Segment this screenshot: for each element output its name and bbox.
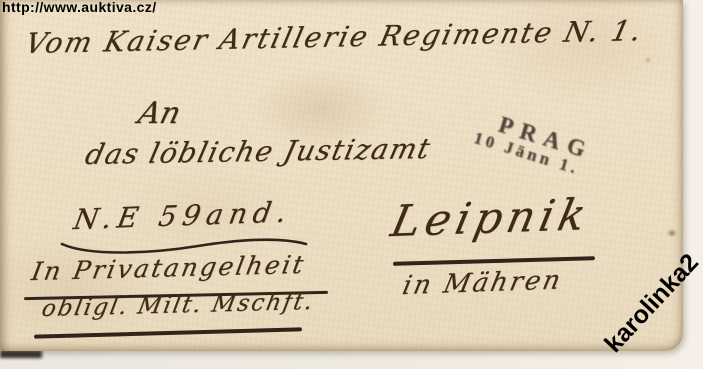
note-line-2-underline (34, 327, 302, 338)
paper-corner-shadow (0, 350, 42, 358)
destination-region: in Mähren (400, 265, 566, 301)
destination-town: Leipnik (387, 190, 595, 247)
reference-number: N.E 59and. (71, 195, 295, 236)
note-line-2: obligl. Milt. Mschft. (40, 289, 317, 322)
addressee-line: das löbliche Justizamt (82, 132, 434, 171)
postmark-stamp: PRAG 10 Jänn 1. (485, 111, 602, 183)
sender-line: Vom Kaiser Artillerie Regimente N. 1. (22, 14, 646, 60)
auction-url-watermark: http://www.auktiva.cz/ (2, 0, 157, 15)
salutation: An (135, 96, 185, 131)
note-line-1: In Privatangelheit (29, 250, 308, 286)
scanned-letter-photo: Vom Kaiser Artillerie Regimente N. 1. An… (0, 0, 703, 369)
letter-cover-paper: Vom Kaiser Artillerie Regimente N. 1. An… (0, 0, 683, 351)
